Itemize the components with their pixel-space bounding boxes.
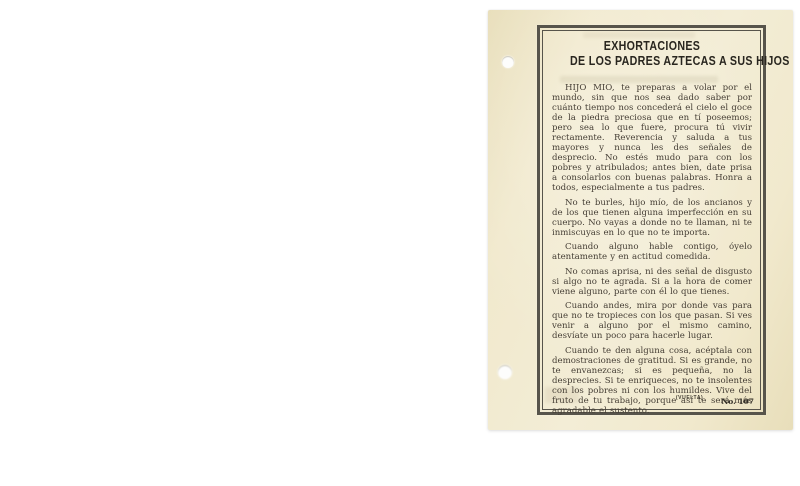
card-content: EXHORTACIONES DE LOS PADRES AZTECAS A SU… bbox=[540, 28, 763, 412]
card-title: EXHORTACIONES DE LOS PADRES AZTECAS A SU… bbox=[552, 39, 752, 68]
paragraph: HIJO MIO, te preparas a volar por el mun… bbox=[552, 83, 752, 193]
card-title-line1: EXHORTACIONES bbox=[570, 39, 734, 54]
card-body: HIJO MIO, te preparas a volar por el mun… bbox=[552, 83, 752, 416]
vuelta-note: (VUELTA) bbox=[676, 395, 703, 401]
paragraph: Cuando andes, mira por donde vas para qu… bbox=[552, 301, 752, 341]
card-title-line2: DE LOS PADRES AZTECAS A SUS HIJOS bbox=[570, 54, 734, 69]
card-border-frame: EXHORTACIONES DE LOS PADRES AZTECAS A SU… bbox=[537, 25, 766, 415]
paragraph: No te burles, hijo mío, de los ancianos … bbox=[552, 198, 752, 238]
scanned-card: EXHORTACIONES DE LOS PADRES AZTECAS A SU… bbox=[488, 10, 793, 430]
paragraph: No comas aprisa, ni des señal de disgust… bbox=[552, 267, 752, 297]
punch-hole-top bbox=[502, 56, 514, 68]
card-number: No. 107 bbox=[721, 397, 754, 406]
scan-canvas: EXHORTACIONES DE LOS PADRES AZTECAS A SU… bbox=[0, 0, 800, 486]
card-footer: (VUELTA) No. 107 bbox=[676, 388, 754, 407]
punch-hole-bottom bbox=[498, 365, 512, 379]
paragraph: Cuando alguno hable contigo, óyelo atent… bbox=[552, 242, 752, 262]
